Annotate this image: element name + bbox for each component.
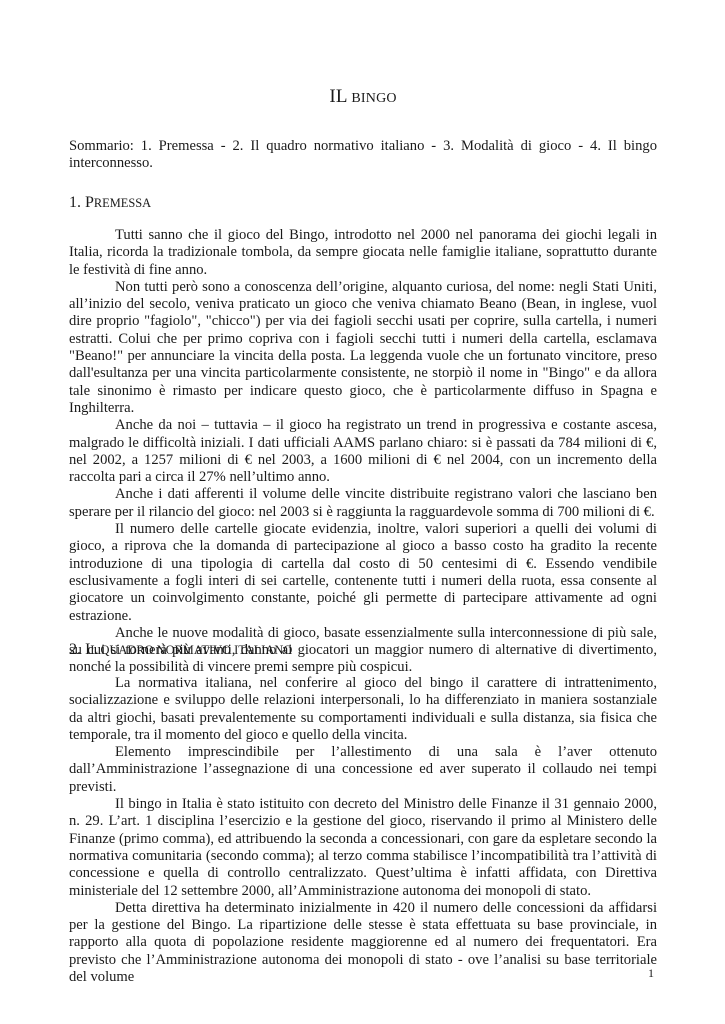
paragraph: Anche i dati afferenti il volume delle v… <box>69 486 657 521</box>
heading-rest: L QUADRO NORMATIVO ITALIANO <box>90 643 292 657</box>
heading-initial: P <box>85 194 94 211</box>
document-title: IL BINGO <box>69 88 657 107</box>
paragraph: Anche da noi – tuttavia – il gioco ha re… <box>69 417 657 486</box>
paragraph: Tutti sanno che il gioco del Bingo, intr… <box>69 227 657 279</box>
paragraph: La normativa italiana, nel conferire al … <box>69 675 657 744</box>
section-heading-quadro-normativo: 2. IL QUADRO NORMATIVO ITALIANO <box>69 641 292 659</box>
section-body-premessa: Tutti sanno che il gioco del Bingo, intr… <box>69 227 657 677</box>
paragraph: Il numero delle cartelle giocate evidenz… <box>69 521 657 625</box>
section-heading-premessa: 1. PREMESSA <box>69 194 151 212</box>
section-number: 1. <box>69 194 85 211</box>
paragraph: Elemento imprescindibile per l’allestime… <box>69 744 657 796</box>
title-initial-2: L <box>336 86 348 107</box>
section-body-quadro-normativo: La normativa italiana, nel conferire al … <box>69 675 657 986</box>
paragraph: Detta direttiva ha determinato inizialme… <box>69 900 657 986</box>
summary: Sommario: 1. Premessa - 2. Il quadro nor… <box>69 138 657 173</box>
section-number: 2. <box>69 641 85 658</box>
title-rest: BINGO <box>348 91 397 106</box>
page-number: 1 <box>648 966 654 981</box>
paragraph: Non tutti però sono a conoscenza dell’or… <box>69 279 657 417</box>
heading-rest: REMESSA <box>94 196 151 210</box>
paragraph: Il bingo in Italia è stato istituito con… <box>69 796 657 900</box>
